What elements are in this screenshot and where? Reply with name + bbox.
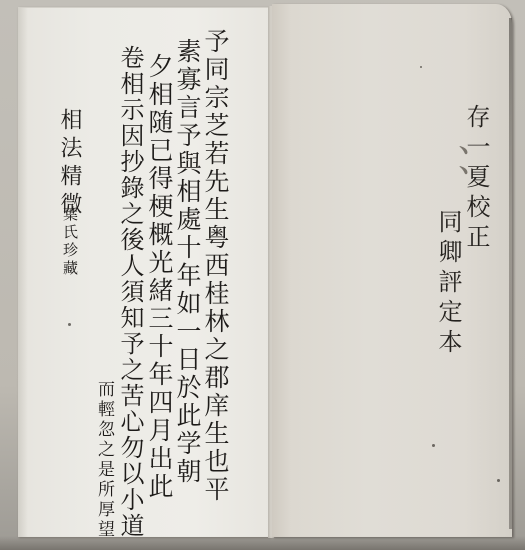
preface-column-1: 予同宗芝若先生粤西桂林之郡庠生也平 bbox=[203, 28, 228, 504]
preface-column-5: 而輕忽之是所厚望 bbox=[95, 380, 112, 540]
owner-collection-mark: 葉氏珍藏 bbox=[62, 206, 77, 278]
ink-spot bbox=[420, 66, 422, 68]
ink-spot bbox=[68, 323, 71, 326]
photo-background: 予同宗芝若先生粤西桂林之郡庠生也平 素寡言予與相處十年如一日於此学朝 夕相随已得… bbox=[0, 0, 525, 550]
book-title: 相法精微 bbox=[58, 108, 80, 220]
ink-spot bbox=[432, 444, 435, 447]
ink-spot bbox=[497, 479, 500, 482]
preface-column-4a: 卷相示因抄錄之後人須知予之苦心勿以小道 bbox=[118, 45, 142, 539]
preface-column-2: 素寡言予與相處十年如一日於此学朝 bbox=[175, 38, 200, 486]
left-page: 予同宗芝若先生粤西桂林之郡庠生也平 素寡言予與相處十年如一日於此学朝 夕相随已得… bbox=[18, 7, 270, 537]
faint-ink-marks: ﹅﹅ bbox=[457, 144, 469, 184]
preface-column-3: 夕相随已得梗概光緒三十年四月出此 bbox=[147, 53, 172, 501]
right-page: 存一夏校正 同卿評定本 ﹅﹅ bbox=[272, 4, 512, 537]
inscription-column-2: 同卿評定本 bbox=[436, 209, 460, 359]
table-shadow bbox=[0, 536, 525, 550]
